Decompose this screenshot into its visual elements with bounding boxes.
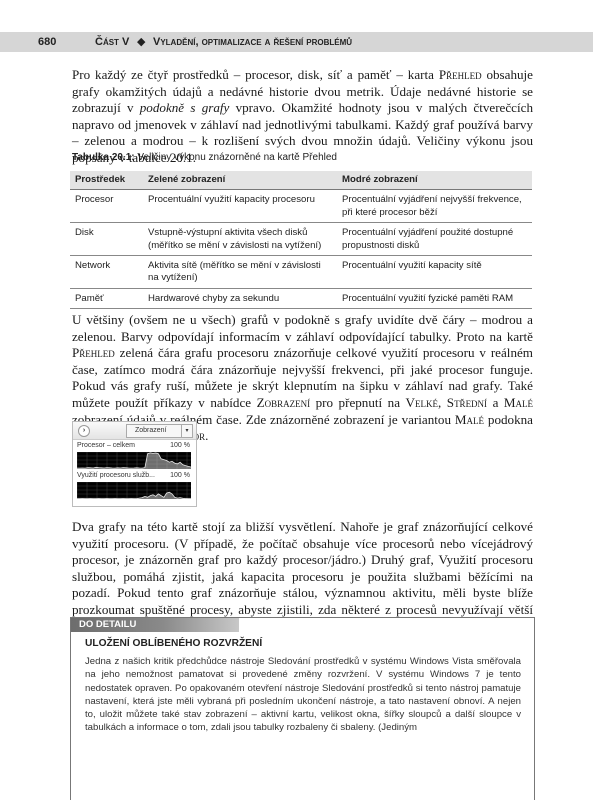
detail-sidebar-box: DO DETAILU ULOŽENÍ OBLÍBENÉHO ROZVRŽENÍ … bbox=[70, 617, 535, 800]
sidebar-text: Jedna z našich kritik předchůdce nástroj… bbox=[85, 655, 521, 735]
chevron-right-icon[interactable]: › bbox=[78, 425, 90, 437]
part-label: Část V bbox=[95, 36, 129, 48]
table-row: Paměť Hardwarové chyby za sekundu Procen… bbox=[70, 288, 532, 308]
graph-label-service-cpu: Využití procesoru služb... bbox=[77, 472, 155, 479]
table-header-row: Prostředek Zelené zobrazení Modré zobraz… bbox=[70, 171, 532, 190]
cpu-total-graph bbox=[77, 452, 191, 469]
table-row: Network Aktivita sítě (měřítko se mění v… bbox=[70, 256, 532, 289]
table-cell: Paměť bbox=[70, 288, 143, 308]
table-cell: Network bbox=[70, 256, 143, 289]
table-cell: Aktivita sítě (měřítko se mění v závislo… bbox=[143, 256, 337, 289]
ui-term-prehled: Přehled bbox=[439, 67, 482, 82]
table-cell: Procentuální vyjádření nejvyšší frekvenc… bbox=[337, 190, 532, 223]
table-cell: Procesor bbox=[70, 190, 143, 223]
page-number: 680 bbox=[38, 36, 56, 48]
graph-pane-toolbar: › Zobrazení ▾ bbox=[73, 422, 196, 440]
column-header-resource: Prostředek bbox=[70, 171, 143, 190]
diamond-icon: ◆ bbox=[137, 35, 145, 48]
text-run: pro přepnutí na bbox=[310, 395, 405, 410]
table-caption-text: Veličiny výkonu znázorněné na kartě Přeh… bbox=[135, 152, 337, 163]
ui-term-zobrazeni: Zobrazení bbox=[257, 395, 311, 410]
text-run: , bbox=[438, 395, 447, 410]
ui-term-prehled: Přehled bbox=[72, 345, 115, 360]
emphasis-term: podokně s grafy bbox=[140, 100, 230, 115]
table-cell: Vstupně-výstupní aktivita všech disků (m… bbox=[143, 223, 337, 256]
text-run: U většiny (ovšem ne u všech) grafů v pod… bbox=[72, 312, 533, 344]
text-run: . bbox=[205, 428, 208, 443]
running-head: 680 Část V ◆ Vyladění, optimalizace a ře… bbox=[0, 32, 593, 52]
sidebar-title: ULOŽENÍ OBLÍBENÉHO ROZVRŽENÍ bbox=[85, 638, 262, 649]
table-caption: Tabulka 20.1: Veličiny výkonu znázorněné… bbox=[72, 152, 337, 163]
graph-pane-screenshot: › Zobrazení ▾ Procesor – celkem 100 % Vy… bbox=[72, 421, 197, 507]
table-caption-label: Tabulka 20.1: bbox=[72, 152, 135, 163]
table-cell: Procentuální využití kapacity procesoru bbox=[143, 190, 337, 223]
graph-label-cpu-total: Procesor – celkem bbox=[77, 442, 135, 449]
table-cell: Disk bbox=[70, 223, 143, 256]
table-cell: Procentuální využití kapacity sítě bbox=[337, 256, 532, 289]
chevron-down-icon[interactable]: ▾ bbox=[181, 425, 192, 437]
column-header-green-view: Zelené zobrazení bbox=[143, 171, 337, 190]
sidebar-tag: DO DETAILU bbox=[71, 618, 239, 632]
ui-term-male: Malé bbox=[504, 395, 533, 410]
text-run: Pro každý ze čtyř prostředků – procesor,… bbox=[72, 67, 439, 82]
column-header-blue-view: Modré zobrazení bbox=[337, 171, 532, 190]
table-row: Procesor Procentuální využití kapacity p… bbox=[70, 190, 532, 223]
view-dropdown[interactable]: Zobrazení ▾ bbox=[126, 424, 193, 438]
performance-metrics-table: Prostředek Zelené zobrazení Modré zobraz… bbox=[70, 171, 532, 309]
view-dropdown-label: Zobrazení bbox=[135, 427, 167, 434]
text-run: a bbox=[487, 395, 504, 410]
graph-value-service-cpu: 100 % bbox=[170, 472, 190, 479]
service-cpu-graph bbox=[77, 482, 191, 499]
table-cell: Procentuální využití fyzické paměti RAM bbox=[337, 288, 532, 308]
table-cell: Hardwarové chyby za sekundu bbox=[143, 288, 337, 308]
ui-term-velke: Velké bbox=[406, 395, 438, 410]
chapter-title: Vyladění, optimalizace a řešení problémů bbox=[153, 36, 352, 48]
table-cell: Procentuální vyjádření použité dostupné … bbox=[337, 223, 532, 256]
table-row: Disk Vstupně-výstupní aktivita všech dis… bbox=[70, 223, 532, 256]
ui-term-stredni: Střední bbox=[447, 395, 487, 410]
graph-value-cpu-total: 100 % bbox=[170, 442, 190, 449]
ui-term-male: Malé bbox=[455, 412, 484, 427]
